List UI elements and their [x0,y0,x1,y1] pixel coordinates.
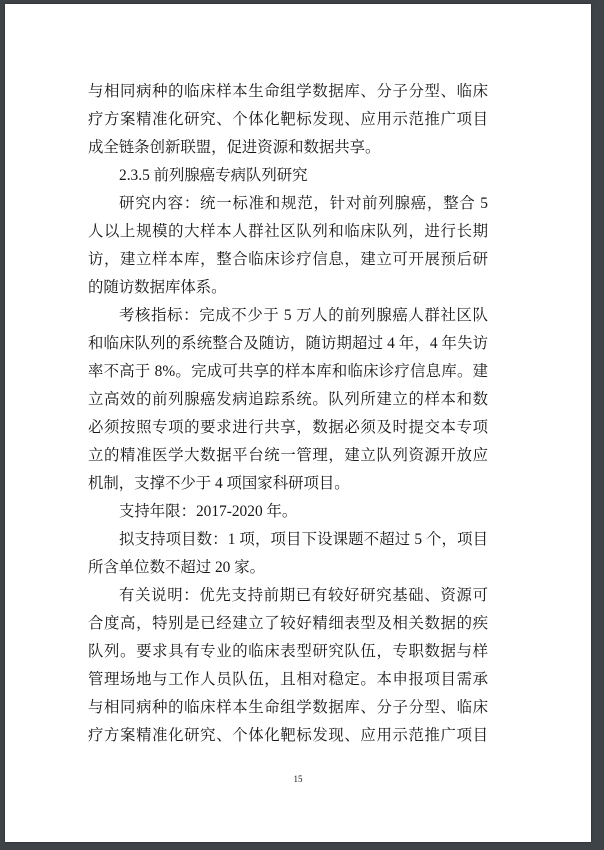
text-line: 立高效的前列腺癌发病追踪系统。队列所建立的样本和数据 [88,386,488,414]
text-line: 研究内容：统一标准和规范，针对前列腺癌，整合 5 万 [88,190,488,218]
text-line: 疗方案精准化研究、个体化靶标发现、应用示范推广项目形 [88,106,488,134]
text-line: 机制，支撑不少于 4 项国家科研项目。 [88,470,488,498]
text-line: 访，建立样本库，整合临床诊疗信息，建立可开展预后研究 [88,246,488,274]
text-line: 支持年限：2017-2020 年。 [88,498,488,526]
document-page: 与相同病种的临床样本生命组学数据库、分子分型、临床诊 疗方案精准化研究、个体化靶… [5,4,591,842]
text-line: 与相同病种的临床样本生命组学数据库、分子分型、临床诊 [88,694,488,722]
text-line: 队列。要求具有专业的临床表型研究队伍，专职数据与样本 [88,638,488,666]
text-line: 管理场地与工作人员队伍，且相对稳定。本申报项目需承诺 [88,666,488,694]
text-line: 人以上规模的大样本人群社区队列和临床队列，进行长期随 [88,218,488,246]
text-line: 必须按照专项的要求进行共享，数据必须及时提交本专项建 [88,414,488,442]
text-line: 拟支持项目数：1 项，项目下设课题不超过 5 个，项目 [88,526,488,554]
text-line: 立的精准医学大数据平台统一管理，建立队列资源开放应用 [88,442,488,470]
text-block: 与相同病种的临床样本生命组学数据库、分子分型、临床诊 疗方案精准化研究、个体化靶… [88,78,488,750]
text-line: 与相同病种的临床样本生命组学数据库、分子分型、临床诊 [88,78,488,106]
text-line: 率不高于 8%。完成可共享的样本库和临床诊疗信息库。建 [88,358,488,386]
viewer-background: { "colors": { "viewer_background": "#3e4… [0,0,604,850]
text-line: 和临床队列的系统整合及随访，随访期超过 4 年，4 年失访 [88,330,488,358]
page-number: 15 [5,773,591,785]
text-line: 成全链条创新联盟，促进资源和数据共享。 [88,134,488,162]
section-heading: 2.3.5 前列腺癌专病队列研究 [88,162,488,190]
text-line: 疗方案精准化研究、个体化靶标发现、应用示范推广项目形 [88,722,488,750]
text-line: 考核指标：完成不少于 5 万人的前列腺癌人群社区队列 [88,302,488,330]
text-line: 有关说明：优先支持前期已有较好研究基础、资源可整 [88,582,488,610]
text-line: 的随访数据库体系。 [88,274,488,302]
text-line: 所含单位数不超过 20 家。 [88,554,488,582]
text-line: 合度高，特别是已经建立了较好精细表型及相关数据的疾病 [88,610,488,638]
